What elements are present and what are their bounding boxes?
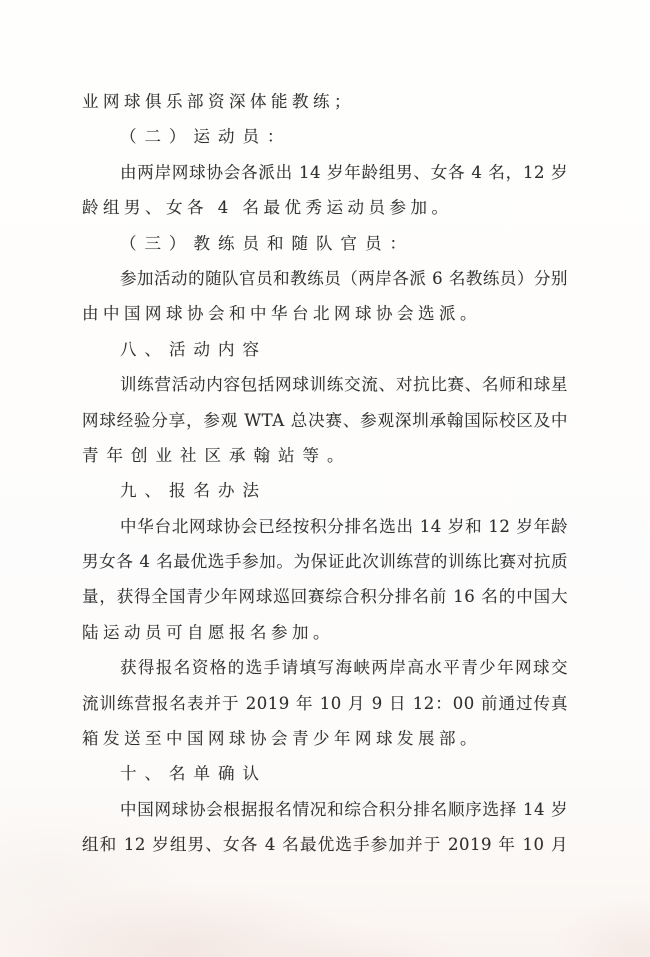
text-line: 业网球俱乐部资深体能教练； — [82, 84, 568, 119]
text-line: 箱发送至中国网球协会青少年网球发展部。 — [82, 721, 568, 756]
text-line: 青年创业社区承翰站等。 — [82, 438, 568, 473]
text-line: 十、名单确认 — [82, 756, 568, 791]
text-line: 八、活动内容 — [82, 332, 568, 367]
text-line: 参加活动的随队官员和教练员（两岸各派 6 名教练员）分别 — [82, 261, 568, 296]
text-line: 龄组男、女各 4 名最优秀运动员参加。 — [82, 190, 568, 225]
text-line: 获得报名资格的选手请填写海峡两岸高水平青少年网球交 — [82, 650, 568, 685]
text-line: （三）教练员和随队官员： — [82, 226, 568, 261]
text-line: 陆运动员可自愿报名参加。 — [82, 615, 568, 650]
text-line: 量，获得全国青少年网球巡回赛综合积分排名前 16 名的中国大 — [82, 579, 568, 614]
text-line: 中国网球协会根据报名情况和综合积分排名顺序选择 14 岁 — [82, 792, 568, 827]
text-line: 由两岸网球协会各派出 14 岁年龄组男、女各 4 名，12 岁年 — [82, 155, 568, 190]
document-body: 业网球俱乐部资深体能教练；（二）运动员：由两岸网球协会各派出 14 岁年龄组男、… — [82, 84, 568, 863]
text-line: 训练营活动内容包括网球训练交流、对抗比赛、名师和球星 — [82, 367, 568, 402]
text-line: 中华台北网球协会已经按积分排名选出 14 岁和 12 岁年龄组 — [82, 509, 568, 544]
text-line: （二）运动员： — [82, 119, 568, 154]
text-line: 由中国网球协会和中华台北网球协会选派。 — [82, 296, 568, 331]
text-line: 流训练营报名表并于 2019 年 10 月 9 日 12：00 前通过传真或邮 — [82, 686, 568, 721]
text-line: 组和 12 岁组男、女各 4 名最优选手参加并于 2019 年 10 月 11 … — [82, 827, 568, 862]
text-line: 男女各 4 名最优选手参加。为保证此次训练营的训练比赛对抗质 — [82, 544, 568, 579]
text-line: 网球经验分享，参观 WTA 总决赛、参观深圳承翰国际校区及中国 — [82, 403, 568, 438]
document-page: 业网球俱乐部资深体能教练；（二）运动员：由两岸网球协会各派出 14 岁年龄组男、… — [0, 0, 650, 957]
text-line: 九、报名办法 — [82, 473, 568, 508]
